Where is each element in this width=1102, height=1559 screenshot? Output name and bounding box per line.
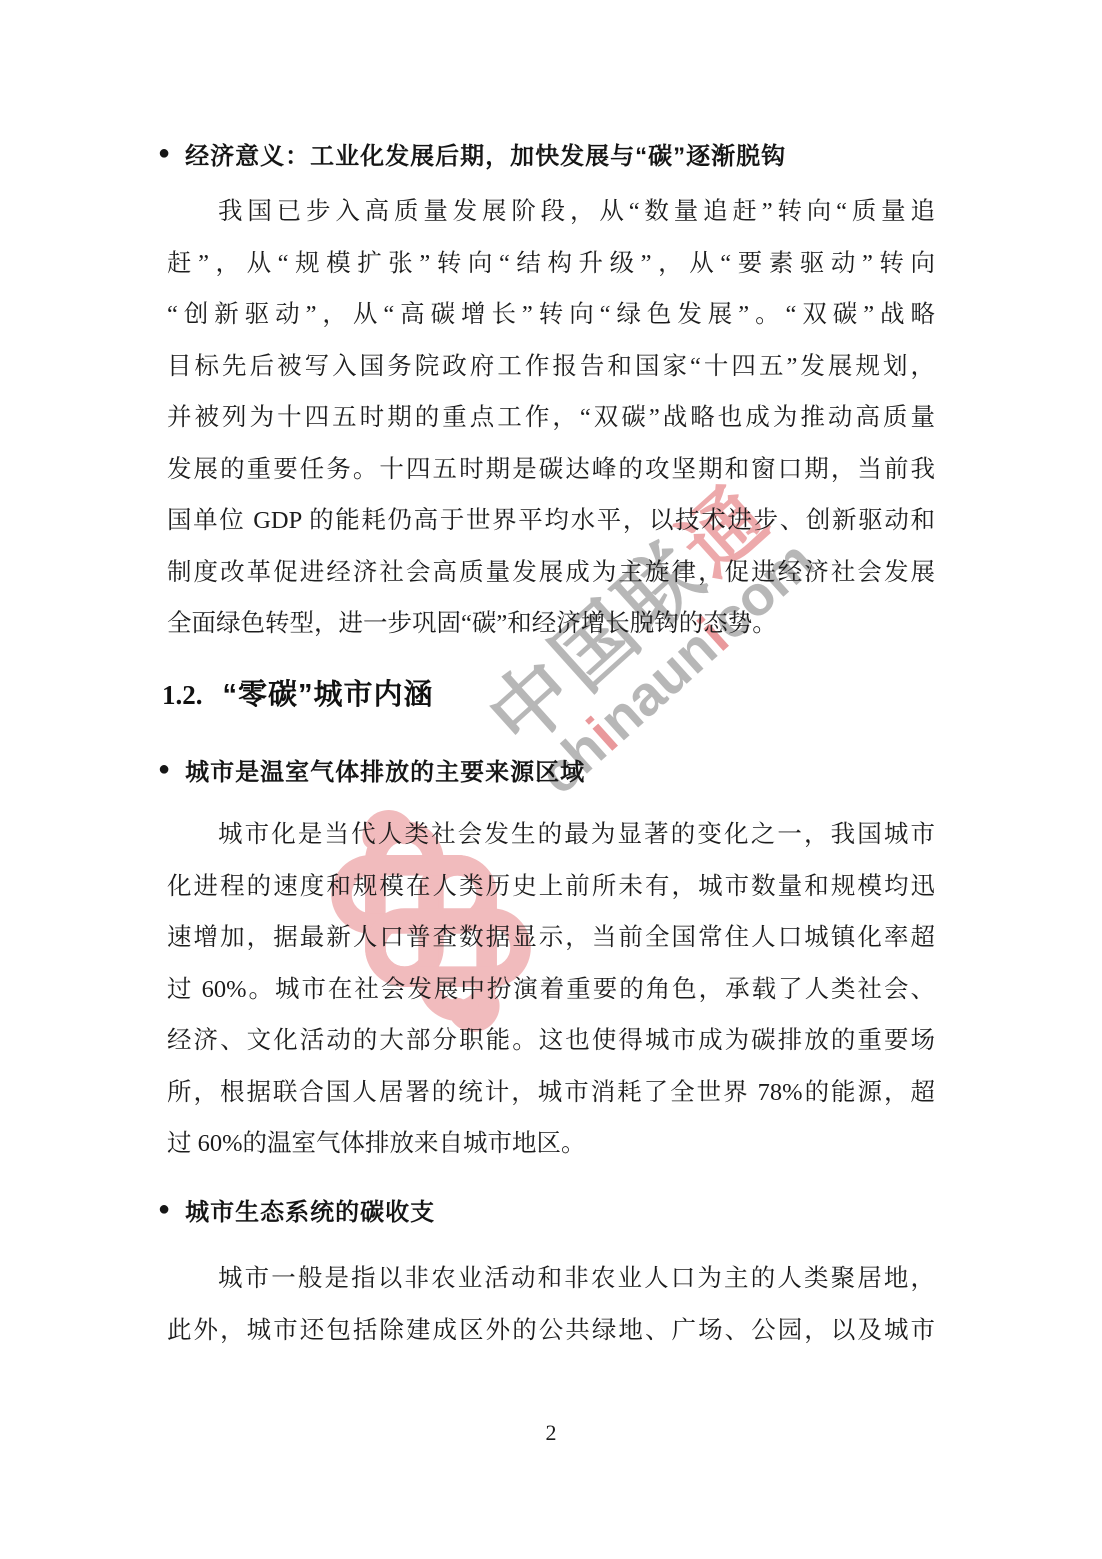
bullet-icon: ● — [158, 143, 170, 163]
paragraph-line: “创新驱动”，从“高碳增长”转向“绿色发展”。“双碳”战略 — [167, 289, 935, 341]
paragraph-line: 全面绿色转型，进一步巩固“碳”和经济增长脱钩的态势。 — [167, 598, 935, 650]
paragraph-city-budget: 城市一般是指以非农业活动和非农业人口为主的人类聚居地， 此外，城市还包括除建成区… — [167, 1253, 935, 1356]
paragraph-line: 化进程的速度和规模在人类历史上前所未有，城市数量和规模均迅 — [167, 861, 935, 913]
bullet-heading-label: 经济意义：工业化发展后期，加快发展与“碳”逐渐脱钩 — [185, 136, 786, 171]
paragraph-line: 国单位 GDP 的能耗仍高于世界平均水平，以技术进步、创新驱动和 — [167, 495, 935, 547]
page-content: ● 经济意义：工业化发展后期，加快发展与“碳”逐渐脱钩 我国已步入高质量发展阶段… — [0, 0, 1102, 1559]
paragraph-line: 所，根据联合国人居署的统计，城市消耗了全世界 78%的能源，超 — [167, 1067, 935, 1119]
paragraph-line: 发展的重要任务。十四五时期是碳达峰的攻坚期和窗口期，当前我 — [167, 444, 935, 496]
paragraph-line: 经济、文化活动的大部分职能。这也使得城市成为碳排放的重要场 — [167, 1015, 935, 1067]
bullet-heading-city-budget: ● 城市生态系统的碳收支 — [158, 1192, 435, 1227]
bullet-icon: ● — [158, 1199, 170, 1219]
paragraph-line: 此外，城市还包括除建成区外的公共绿地、广场、公园，以及城市 — [167, 1305, 935, 1357]
paragraph-line: 过 60%的温室气体排放来自城市地区。 — [167, 1118, 935, 1170]
paragraph-city-source: 城市化是当代人类社会发生的最为显著的变化之一，我国城市 化进程的速度和规模在人类… — [167, 809, 935, 1170]
bullet-icon: ● — [158, 759, 170, 779]
section-number: 1.2. — [162, 680, 203, 711]
bullet-heading-economic: ● 经济意义：工业化发展后期，加快发展与“碳”逐渐脱钩 — [158, 136, 786, 171]
paragraph-line: 制度改革促进经济社会高质量发展成为主旋律，促进经济社会发展 — [167, 547, 935, 599]
document-page: 中国联通 chinaunicom ● 经济意义：工业化发展后期，加快发展与“碳”… — [0, 0, 1102, 1559]
paragraph-line: 赶”，从“规模扩张”转向“结构升级”，从“要素驱动”转向 — [167, 238, 935, 290]
paragraph-line: 城市一般是指以非农业活动和非农业人口为主的人类聚居地， — [167, 1253, 935, 1305]
paragraph-economic: 我国已步入高质量发展阶段，从“数量追赶”转向“质量追 赶”，从“规模扩张”转向“… — [167, 186, 935, 650]
bullet-heading-city-source: ● 城市是温室气体排放的主要来源区域 — [158, 752, 585, 787]
bullet-heading-label: 城市生态系统的碳收支 — [185, 1192, 435, 1227]
paragraph-line: 目标先后被写入国务院政府工作报告和国家“十四五”发展规划， — [167, 341, 935, 393]
paragraph-line: 城市化是当代人类社会发生的最为显著的变化之一，我国城市 — [167, 809, 935, 861]
paragraph-line: 我国已步入高质量发展阶段，从“数量追赶”转向“质量追 — [167, 186, 935, 238]
paragraph-line: 过 60%。城市在社会发展中扮演着重要的角色，承载了人类社会、 — [167, 964, 935, 1016]
paragraph-line: 速增加，据最新人口普查数据显示，当前全国常住人口城镇化率超 — [167, 912, 935, 964]
bullet-heading-label: 城市是温室气体排放的主要来源区域 — [185, 752, 585, 787]
page-number: 2 — [0, 1420, 1102, 1446]
paragraph-line: 并被列为十四五时期的重点工作，“双碳”战略也成为推动高质量 — [167, 392, 935, 444]
section-heading-1-2: 1.2. “零碳”城市内涵 — [162, 672, 434, 713]
section-title: “零碳”城市内涵 — [223, 672, 434, 713]
